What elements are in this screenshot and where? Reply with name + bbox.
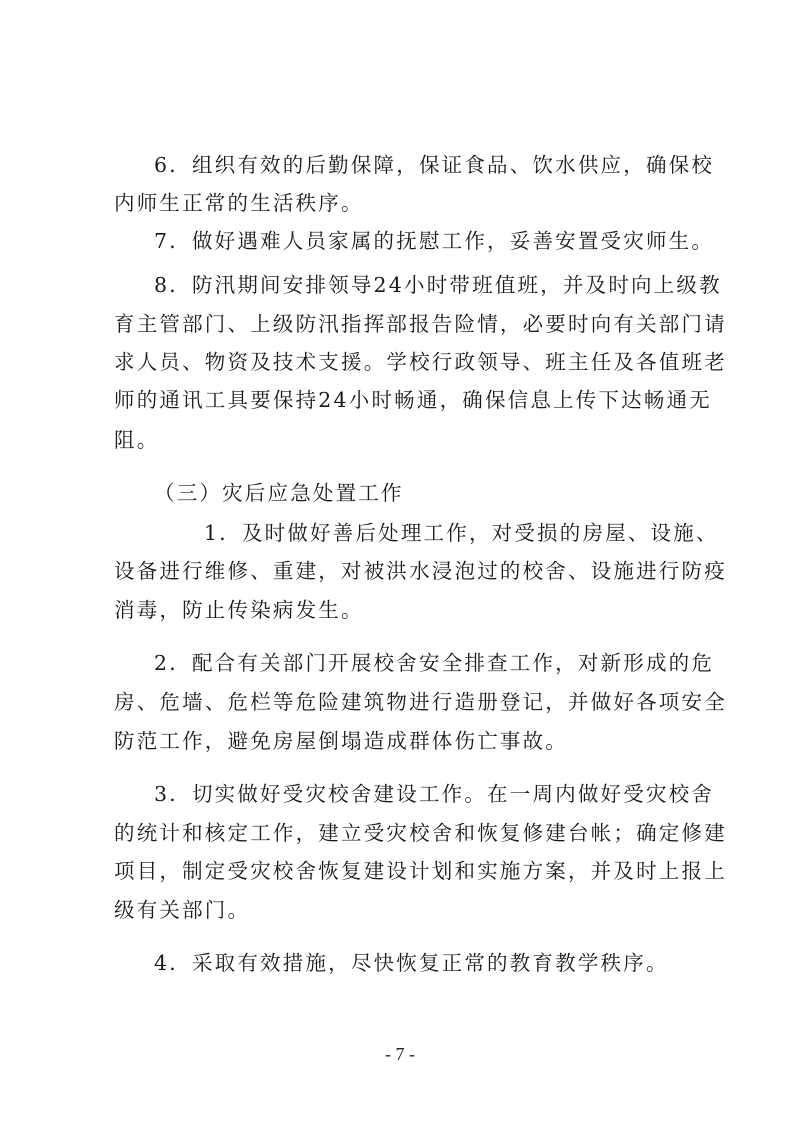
paragraph-line: 项目，制定受灾校舍恢复建设计划和实施方案，并及时上报上 <box>114 859 686 883</box>
paragraph-line: 6．组织有效的后勤保障，保证食品、饮水供应，确保校 <box>154 153 686 177</box>
page-number: - 7 - <box>0 1044 800 1065</box>
paragraph-line: （三）灾后应急处置工作 <box>154 481 686 505</box>
paragraph-line: 房、危墙、危栏等危险建筑物进行造册登记，并做好各项安全 <box>114 690 686 714</box>
paragraph-line: 3．切实做好受灾校舍建设工作。在一周内做好受灾校舍 <box>154 782 686 806</box>
paragraph-line: 1．及时做好善后处理工作，对受损的房屋、设施、 <box>204 521 686 545</box>
paragraph-line: 2．配合有关部门开展校舍安全排查工作，对新形成的危 <box>154 651 686 675</box>
paragraph-line: 7．做好遇难人员家属的抚慰工作，妥善安置受灾师生。 <box>154 229 686 253</box>
paragraph-line: 育主管部门、上级防汛指挥部报告险情，必要时向有关部门请 <box>114 312 686 336</box>
paragraph-line: 师的通讯工具要保持24小时畅通，确保信息上传下达畅通无 <box>114 388 686 412</box>
paragraph-line: 防范工作，避免房屋倒塌造成群体伤亡事故。 <box>114 729 686 753</box>
paragraph-line: 4．采取有效措施，尽快恢复正常的教育教学秩序。 <box>154 951 686 975</box>
paragraph-line: 求人员、物资及技术支援。学校行政领导、班主任及各值班老 <box>114 350 686 374</box>
paragraph-line: 阻。 <box>114 428 686 452</box>
document-page: 6．组织有效的后勤保障，保证食品、饮水供应，确保校内师生正常的生活秩序。7．做好… <box>0 0 800 1132</box>
paragraph-line: 8．防汛期间安排领导24小时带班值班，并及时向上级教 <box>154 273 686 297</box>
paragraph-line: 消毒，防止传染病发生。 <box>114 598 686 622</box>
paragraph-line: 的统计和核定工作，建立受灾校舍和恢复修建台帐；确定修建 <box>114 821 686 845</box>
paragraph-line: 设备进行维修、重建，对被洪水浸泡过的校舍、设施进行防疫 <box>114 559 686 583</box>
paragraph-line: 级有关部门。 <box>114 898 686 922</box>
paragraph-line: 内师生正常的生活秩序。 <box>114 191 686 215</box>
